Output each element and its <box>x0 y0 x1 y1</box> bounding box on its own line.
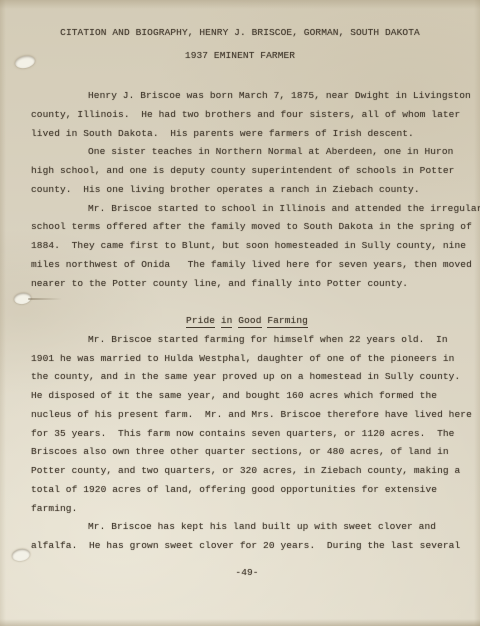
page-body: Henry J. Briscoe was born March 7, 1875,… <box>31 87 463 583</box>
underlined-word: in <box>221 315 233 328</box>
text-line: Mr. Briscoe started farming for himself … <box>31 331 463 350</box>
text-line: nearer to the Potter county line, and fi… <box>31 275 463 294</box>
text-line: Briscoes also own three other quarter se… <box>31 443 463 462</box>
text-line: Henry J. Briscoe was born March 7, 1875,… <box>31 87 463 106</box>
text-line: the county, and in the same year proved … <box>31 368 463 387</box>
text-line: school terms offered after the family mo… <box>31 218 463 237</box>
text-line: 1884. They came first to Blunt, but soon… <box>31 237 463 256</box>
punch-hole-bottom <box>11 548 31 563</box>
text-line: 1901 he was married to Hulda Westphal, d… <box>31 350 463 369</box>
document-title-line-2: 1937 EMINENT FARMER <box>0 50 480 61</box>
text-line: Mr. Briscoe started to school in Illinoi… <box>31 200 463 219</box>
text-line: He disposed of it the same year, and bou… <box>31 387 463 406</box>
paper-scratch <box>28 298 62 300</box>
text-line: county. His one living brother operates … <box>31 181 463 200</box>
text-line: high school, and one is deputy county su… <box>31 162 463 181</box>
text-line: nucleus of his present farm. Mr. and Mrs… <box>31 406 463 425</box>
text-line: Potter county, and two quarters, or 320 … <box>31 462 463 481</box>
underlined-word: Pride <box>186 315 215 328</box>
text-line: farming. <box>31 500 463 519</box>
text-line: miles northwest of Onida The family live… <box>31 256 463 275</box>
page-number: -49- <box>31 564 463 583</box>
document-title-line-1: CITATION AND BIOGRAPHY, HENRY J. BRISCOE… <box>0 27 480 38</box>
text-line: total of 1920 acres of land, offering go… <box>31 481 463 500</box>
section-heading: Pride in Good Farming <box>31 312 463 331</box>
text-line: Mr. Briscoe has kept his land built up w… <box>31 518 463 537</box>
text-line: county, Illinois. He had two brothers an… <box>31 106 463 125</box>
underlined-word: Farming <box>267 315 308 328</box>
text-line: alfalfa. He has grown sweet clover for 2… <box>31 537 463 556</box>
underlined-word: Good <box>238 315 261 328</box>
text-line: for 35 years. This farm now contains sev… <box>31 425 463 444</box>
text-line: One sister teaches in Northern Normal at… <box>31 143 463 162</box>
document-page: CITATION AND BIOGRAPHY, HENRY J. BRISCOE… <box>0 0 480 626</box>
text-line: lived in South Dakota. His parents were … <box>31 125 463 144</box>
